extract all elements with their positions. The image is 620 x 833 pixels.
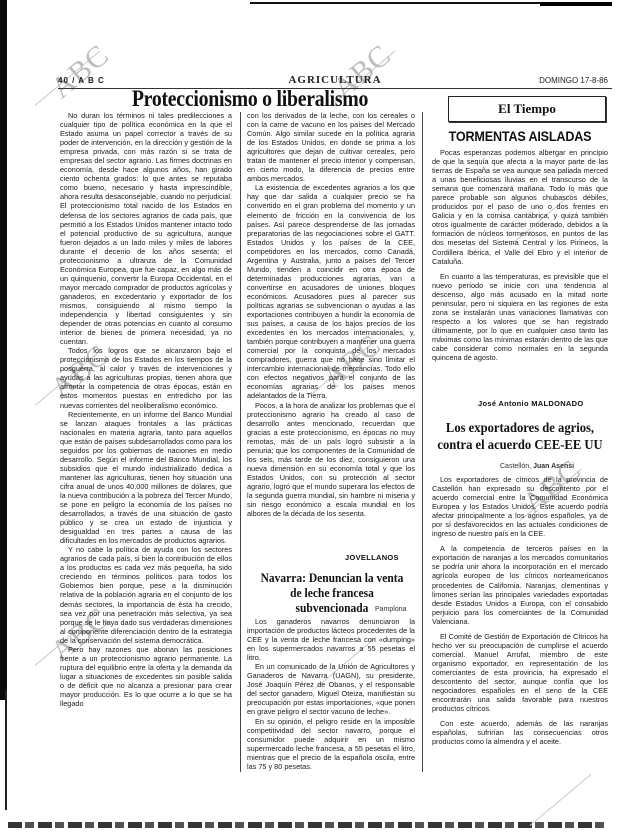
paragraph: Pocas esperanzas podemos albergar en pri… <box>432 148 608 266</box>
paragraph: Con este acuerdo, además de las naranjas… <box>432 719 608 746</box>
paragraph: Recientemente, en un informe del Banco M… <box>60 410 232 546</box>
weather-headline: TORMENTAS AISLADAS <box>441 128 599 144</box>
navarra-dateline: Pamplona <box>375 606 407 613</box>
watermark-line <box>530 774 592 826</box>
paragraph: El Comité de Gestión de Exportación de C… <box>432 632 608 713</box>
paragraph: con los derivados de la leche, con los c… <box>247 111 415 183</box>
paragraph: En cuanto a las temperaturas, es previsi… <box>432 272 608 362</box>
paragraph: Todos los logros que se alcanzaron bajo … <box>60 346 232 409</box>
main-article-column-2: con los derivados de la leche, con los c… <box>247 111 415 546</box>
scan-bottom-strip <box>8 822 608 828</box>
section-title: AGRICULTURA <box>58 74 612 86</box>
paragraph: Pocos, a la hora de analizar los problem… <box>247 401 415 519</box>
main-headline: Proteccionismo o liberalismo <box>121 86 379 112</box>
scan-edge-left <box>0 0 7 700</box>
paragraph: No duran los términos ni tales predilecc… <box>60 111 232 346</box>
citrus-article-body: Los exportadores de cítricos de la provi… <box>432 475 608 775</box>
scan-top-rule-thick <box>540 2 612 6</box>
weather-signature: José Antonio MALDONADO <box>478 399 583 408</box>
paragraph: Los ganaderos navarros denunciaron la im… <box>247 617 415 662</box>
citrus-headline: Los exportadores de agrios, contra el ac… <box>437 420 603 454</box>
dateline-place: Castellón, <box>500 463 531 470</box>
citrus-dateline: Castellón, Juan Asensi <box>500 463 574 470</box>
paragraph: En su opinión, el peligro reside en la i… <box>247 717 415 771</box>
weather-article-body: Pocas esperanzas podemos albergar en pri… <box>432 148 608 391</box>
paragraph: A la competencia de terceros países en l… <box>432 544 608 625</box>
main-article-column-1: No duran los términos ni tales predilecc… <box>60 111 232 819</box>
navarra-article-body: Los ganaderos navarros denunciaron la im… <box>247 617 415 777</box>
watermark-abc: ABC <box>45 38 116 106</box>
paragraph: En un comunicado de la Unión de Agricult… <box>247 662 415 716</box>
weather-box-title: El Tiempo <box>448 96 606 122</box>
paragraph: La existencia de excedentes agrarios a l… <box>247 183 415 400</box>
column-rule <box>422 112 423 772</box>
column-rule <box>240 112 241 772</box>
paragraph: Los exportadores de cítricos de la provi… <box>432 475 608 538</box>
paragraph: Pero hay razones que abonan las posicion… <box>60 645 232 708</box>
issue-date: DOMINGO 17-8-86 <box>539 76 608 85</box>
paragraph: Y no cabe la política de ayuda con los s… <box>60 545 232 645</box>
main-article-signature: JOVELLANOS <box>345 553 399 562</box>
scan-edge-left-thin <box>5 690 7 810</box>
dateline-author: Juan Asensi <box>533 463 574 470</box>
